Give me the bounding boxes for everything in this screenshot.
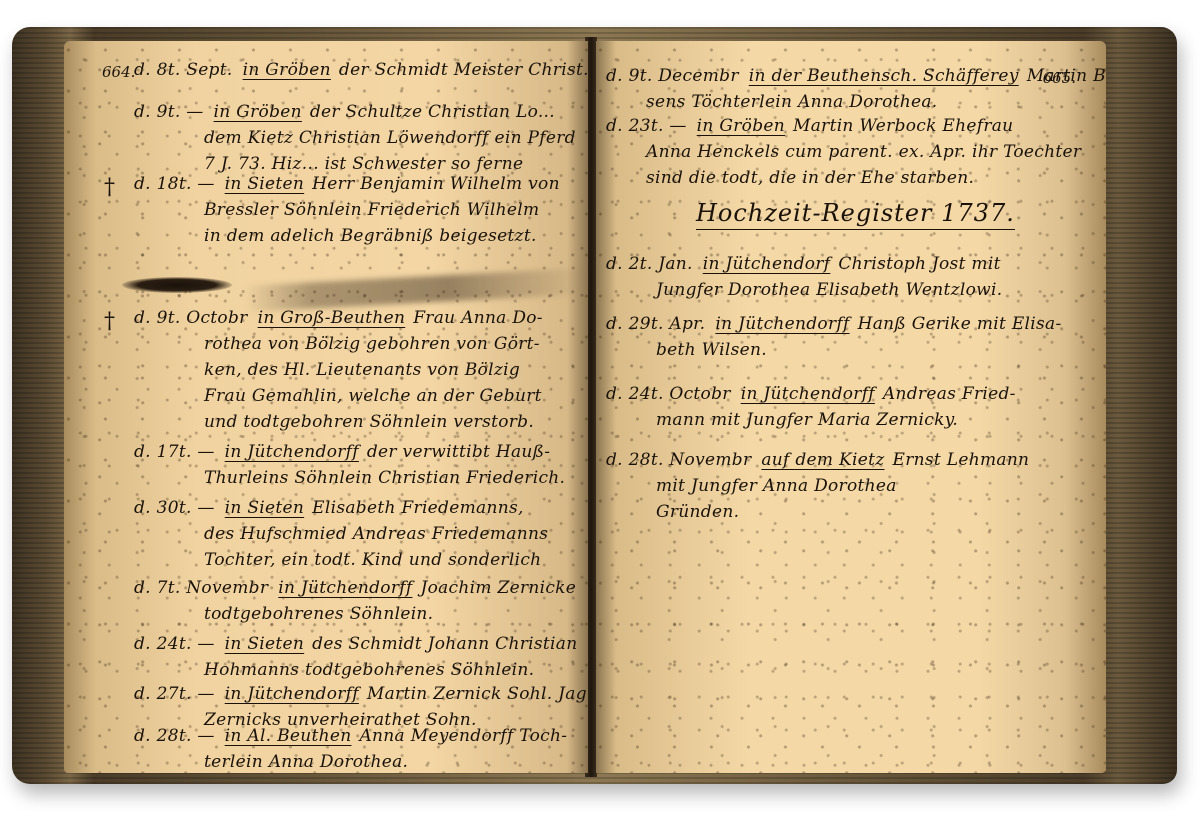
- death-cross-icon: †: [104, 175, 115, 201]
- burial-entry: † d. 9t. Octobrin Groß-BeuthenFrau Anna …: [134, 305, 543, 435]
- burial-entry: † d. 18t. —in SietenHerr Benjamin Wilhel…: [134, 171, 560, 249]
- death-cross-icon: †: [104, 309, 115, 335]
- marriage-entry: d. 28t. Novembrauf dem KietzErnst Lehman…: [606, 447, 1029, 525]
- right-page: 665. d. 9t. Decembrin der Beuthensch. Sc…: [596, 41, 1106, 773]
- burial-entry: d. 17t. —in Jütchendorffder verwittibt H…: [134, 439, 565, 491]
- burial-entry: d. 24t. —in Sietendes Schmidt Johann Chr…: [134, 631, 577, 683]
- open-book: 664. d. 8t. Sept.in Gröbender Schmidt Me…: [12, 27, 1177, 784]
- marriage-entry: d. 2t. Jan.in JütchendorfChristoph Jost …: [606, 251, 1002, 303]
- burial-entry: d. 30t. —in SietenElisabeth Friedemanns,…: [134, 495, 548, 573]
- burial-entry: d. 9t. Decembrin der Beuthensch. Schäffe…: [606, 63, 1106, 115]
- burial-entry: d. 28t. —in Al. BeuthenAnna Meyendorff T…: [134, 723, 567, 773]
- burial-entry: d. 7t. Novembrin JütchendorffJoachim Zer…: [134, 575, 576, 627]
- marriage-entry: d. 29t. Apr.in JütchendorffHanß Gerike m…: [606, 311, 1062, 363]
- marriage-entry: d. 24t. Octobrin JütchendorffAndreas Fri…: [606, 381, 1016, 433]
- ink-blot: [122, 277, 232, 293]
- burial-entry: d. 9t. —in Gröbender Schultze Christian …: [134, 99, 576, 177]
- marriage-register-heading: Hochzeit-Register 1737.: [696, 199, 1015, 230]
- burial-entry: d. 8t. Sept.in Gröbender Schmidt Meister…: [134, 57, 588, 83]
- burial-entry: d. 23t. —in GröbenMartin Werbock Ehefrau…: [606, 113, 1081, 191]
- left-page-number: 664.: [102, 63, 135, 81]
- left-page: 664. d. 8t. Sept.in Gröbender Schmidt Me…: [64, 41, 588, 773]
